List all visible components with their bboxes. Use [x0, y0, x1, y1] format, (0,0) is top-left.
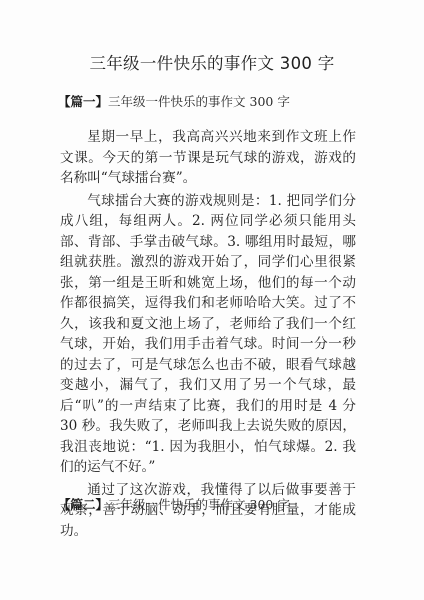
paragraph-2: 气球擂台大赛的游戏规则是：1. 把同学们分成八组，每组两人。2. 两位同学必须只…: [60, 191, 356, 478]
document-title: 三年级一件快乐的事作文 300 字: [0, 53, 424, 75]
section-heading-text-2: 三年级一件快乐的事作文 300 字: [108, 497, 290, 512]
section-label-1: 【篇一】: [58, 94, 108, 109]
document-page: 三年级一件快乐的事作文 300 字 【篇一】三年级一件快乐的事作文 300 字 …: [0, 0, 424, 600]
section-heading-2: 【篇二】三年级一件快乐的事作文 300 字: [58, 496, 290, 514]
section-heading-text-1: 三年级一件快乐的事作文 300 字: [108, 94, 290, 109]
paragraph-1: 星期一早上，我高高兴兴地来到作文班上作文课。今天的第一节课是玩气球的游戏，游戏的…: [60, 127, 356, 189]
essay-body-1: 星期一早上，我高高兴兴地来到作文班上作文课。今天的第一节课是玩气球的游戏，游戏的…: [60, 127, 356, 543]
section-heading-1: 【篇一】三年级一件快乐的事作文 300 字: [58, 93, 290, 111]
section-label-2: 【篇二】: [58, 497, 108, 512]
